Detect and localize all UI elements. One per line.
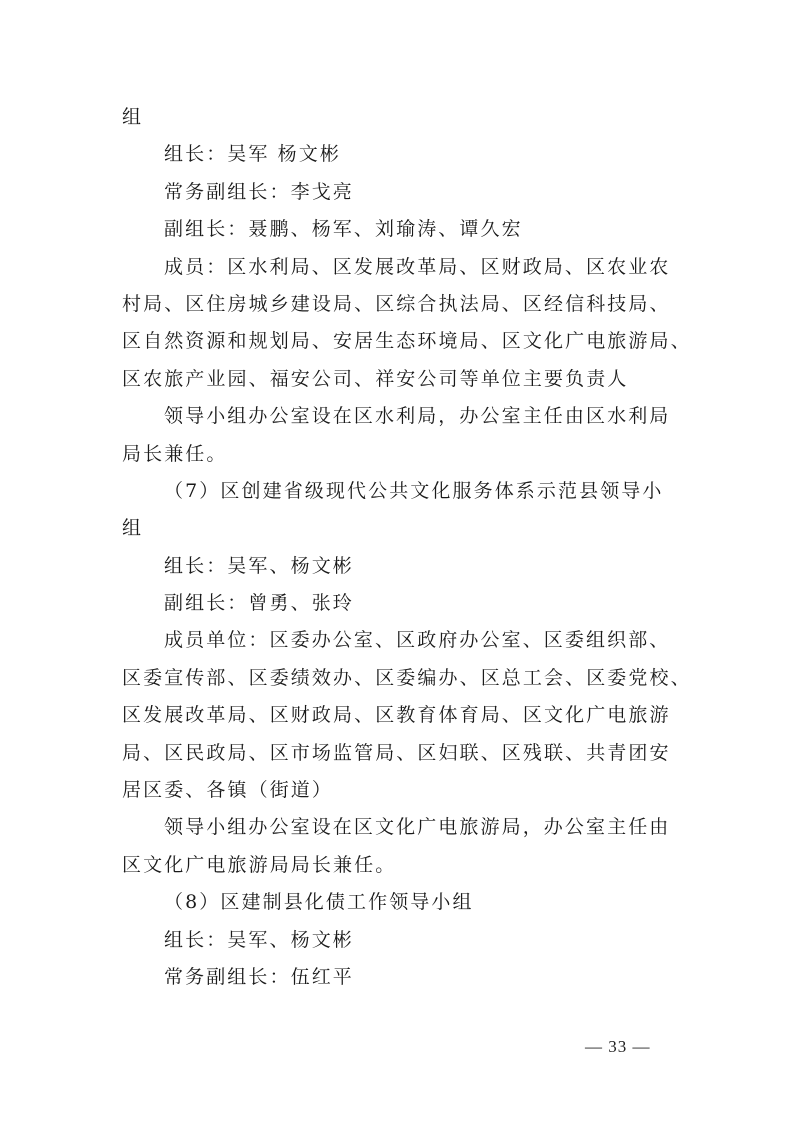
section-heading-8: （8）区建制县化债工作领导小组: [122, 884, 674, 921]
text-line-deputy-leaders: 副组长：曾勇、张玲: [122, 585, 674, 622]
text-line-member-units: 成员单位：区委办公室、区政府办公室、区委组织部、: [122, 622, 674, 659]
text-line-office-cont: 区文化广电旅游局局长兼任。: [122, 847, 674, 884]
text-line-office-cont: 局长兼任。: [122, 436, 674, 473]
text-line-members-cont: 区自然资源和规划局、安居生态环境局、区文化广电旅游局、: [122, 323, 674, 360]
body-text: 组 组长：吴军 杨文彬 常务副组长：李戈亮 副组长：聂鹏、杨军、刘瑜涛、谭久宏 …: [122, 99, 674, 996]
section-heading-7: （7）区创建省级现代公共文化服务体系示范县领导小: [122, 473, 674, 510]
text-line-office: 领导小组办公室设在区水利局，办公室主任由区水利局: [122, 398, 674, 435]
text-line-member-units-cont: 区发展改革局、区财政局、区教育体育局、区文化广电旅游: [122, 697, 674, 734]
text-line-continuation: 组: [122, 99, 674, 136]
text-line-member-units-cont: 局、区民政局、区市场监管局、区妇联、区残联、共青团安: [122, 735, 674, 772]
text-line-deputy-leaders: 副组长：聂鹏、杨军、刘瑜涛、谭久宏: [122, 211, 674, 248]
text-line-members-cont: 村局、区住房城乡建设局、区综合执法局、区经信科技局、: [122, 286, 674, 323]
text-line-group-leader: 组长：吴军 杨文彬: [122, 136, 674, 173]
section-heading-7-cont: 组: [122, 510, 674, 547]
text-line-executive-deputy: 常务副组长：李戈亮: [122, 174, 674, 211]
text-line-group-leader: 组长：吴军、杨文彬: [122, 922, 674, 959]
page-number: — 33 —: [585, 1037, 651, 1057]
text-line-executive-deputy: 常务副组长：伍红平: [122, 959, 674, 996]
text-line-member-units-cont: 区委宣传部、区委绩效办、区委编办、区总工会、区委党校、: [122, 660, 674, 697]
text-line-members-cont: 区农旅产业园、福安公司、祥安公司等单位主要负责人: [122, 361, 674, 398]
text-line-office: 领导小组办公室设在区文化广电旅游局，办公室主任由: [122, 809, 674, 846]
document-page: 组 组长：吴军 杨文彬 常务副组长：李戈亮 副组长：聂鹏、杨军、刘瑜涛、谭久宏 …: [0, 0, 793, 1122]
text-line-members: 成员：区水利局、区发展改革局、区财政局、区农业农: [122, 249, 674, 286]
text-line-group-leader: 组长：吴军、杨文彬: [122, 548, 674, 585]
text-line-member-units-cont: 居区委、各镇（街道）: [122, 772, 674, 809]
